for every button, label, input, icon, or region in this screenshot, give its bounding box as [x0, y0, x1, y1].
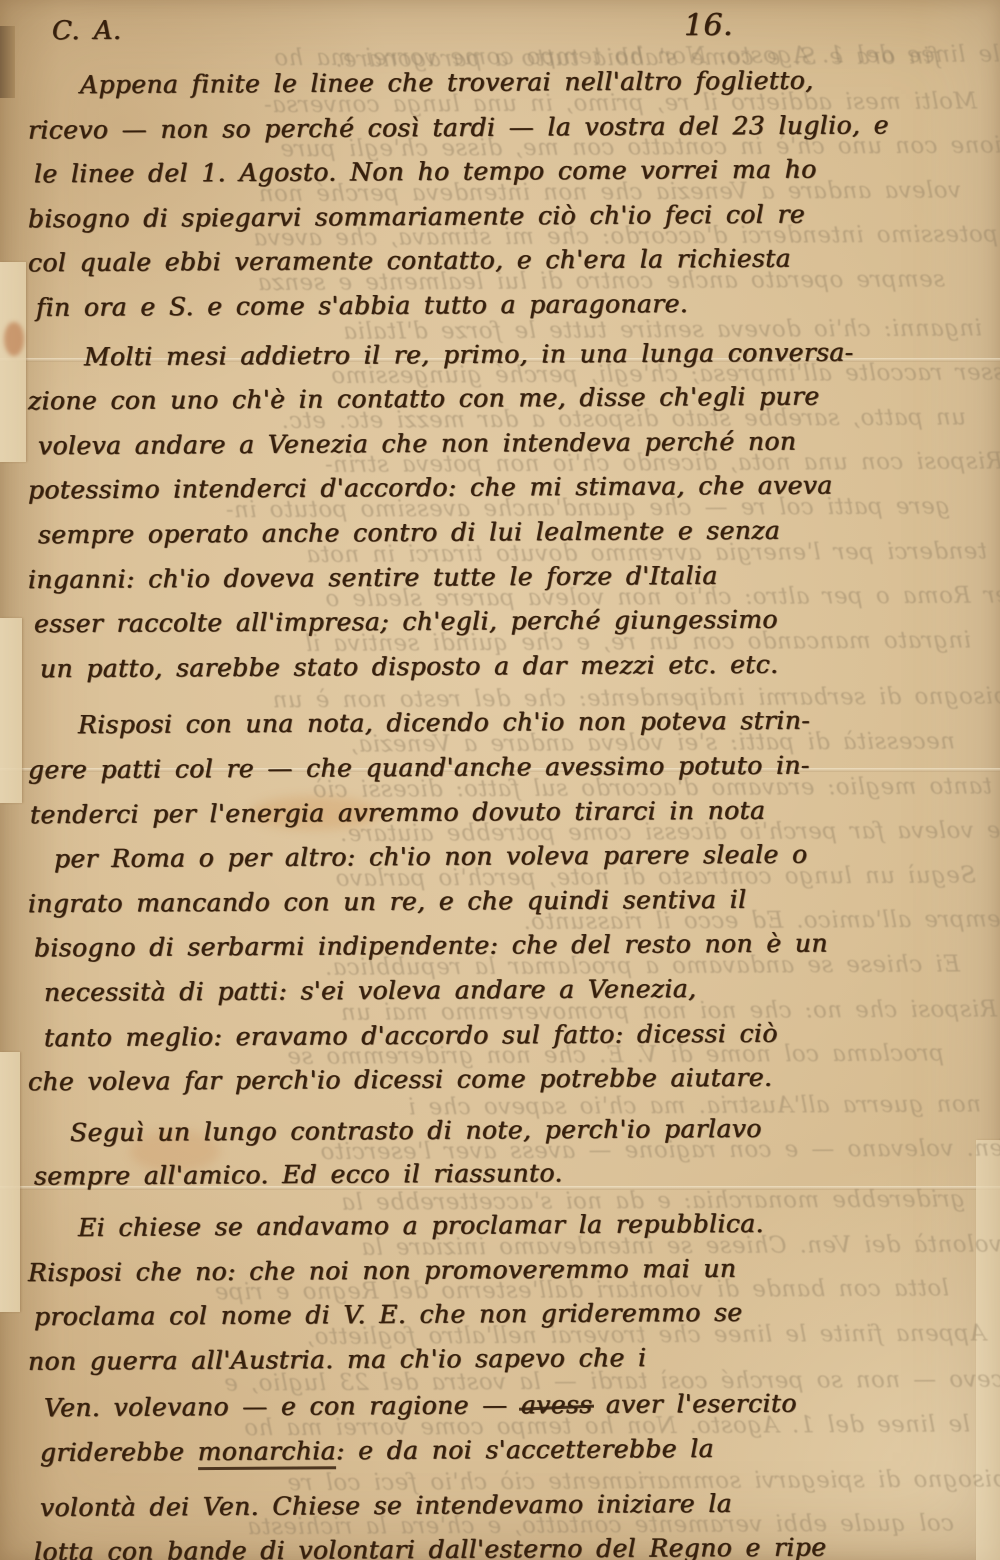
struck-out-word: avess — [521, 1390, 593, 1419]
manuscript-line: sempre operato anche contro di lui lealm… — [38, 516, 780, 550]
manuscript-line: Ven. volevano — e con ragione — avess av… — [44, 1389, 797, 1423]
manuscript-line: esser raccolte all'impresa; ch'egli, per… — [34, 605, 778, 639]
manuscript-line: col quale ebbi veramente contatto, e ch'… — [28, 244, 791, 278]
manuscript-line: fin ora e S. e come s'abbia tutto a para… — [36, 289, 688, 322]
manuscript-line: zione con uno ch'è in contatto con me, d… — [28, 382, 820, 416]
manuscript-line: Appena finite le linee che troverai nell… — [80, 66, 814, 99]
manuscript-line: per Roma o per altro: ch'io non voleva p… — [54, 840, 808, 874]
manuscript-line: bisogno di spiegarvi sommariamente ciò c… — [28, 199, 805, 233]
manuscript-line: inganni: ch'io doveva sentire tutte le f… — [28, 560, 718, 593]
letter-salutation: C. A. — [52, 16, 122, 46]
manuscript-line: Molti mesi addietro il re, primo, in una… — [84, 337, 854, 371]
manuscript-line: Risposi con una nota, dicendo ch'io non … — [78, 706, 810, 739]
manuscript-line: gere patti col re — che quand'anche aves… — [28, 751, 810, 785]
manuscript-line: voleva andare a Venezia che non intendev… — [38, 426, 797, 460]
manuscript-page: fin ora e S. e come s'abbia tutto a para… — [0, 0, 1000, 1560]
manuscript-line: Risposi che no: che noi non promoveremmo… — [28, 1253, 737, 1286]
manuscript-line: bisogno di serbarmi indipendente: che de… — [34, 929, 828, 963]
manuscript-line: volontà dei Ven. Chiese se intendevamo i… — [40, 1488, 732, 1521]
manuscript-line: necessità di patti: s'ei voleva andare a… — [44, 974, 697, 1007]
manuscript-line: lotta con bande di volontari dall'estern… — [34, 1533, 827, 1560]
manuscript-line: Ei chiese se andavamo a proclamar la rep… — [78, 1209, 764, 1242]
manuscript-line: potessimo intenderci d'accordo: che mi s… — [28, 471, 833, 505]
manuscript-line: tanto meglio: eravamo d'accordo sul fatt… — [44, 1018, 778, 1051]
manuscript-line: ingrato mancando con un re, e che quindi… — [28, 885, 747, 918]
underlined-word: monarchia — [198, 1436, 337, 1470]
manuscript-line: proclama col nome di V. E. che non gride… — [34, 1298, 743, 1331]
manuscript-line: ricevo — non so perché così tardi — la v… — [28, 110, 889, 144]
manuscript-line: tenderci per l'energia avremmo dovuto ti… — [30, 795, 766, 828]
manuscript-line: Seguì un lungo contrasto di note, perch'… — [70, 1114, 762, 1147]
manuscript-line: sempre all'amico. Ed ecco il riassunto. — [34, 1159, 563, 1191]
manuscript-line: un patto, sarebbe stato disposto a dar m… — [40, 650, 779, 684]
manuscript-line: griderebbe monarchia: e da noi s'accette… — [40, 1434, 714, 1467]
manuscript-line: che voleva far perch'io dicessi come pot… — [28, 1063, 772, 1097]
letter-text-layer: C. A. 16. Appena finite le linee che tro… — [0, 0, 1000, 1560]
page-number: 16. — [684, 8, 733, 43]
manuscript-line: non guerra all'Austria. ma ch'io sapevo … — [28, 1343, 647, 1376]
manuscript-line: le linee del 1. Agosto. Non ho tempo com… — [34, 155, 817, 189]
